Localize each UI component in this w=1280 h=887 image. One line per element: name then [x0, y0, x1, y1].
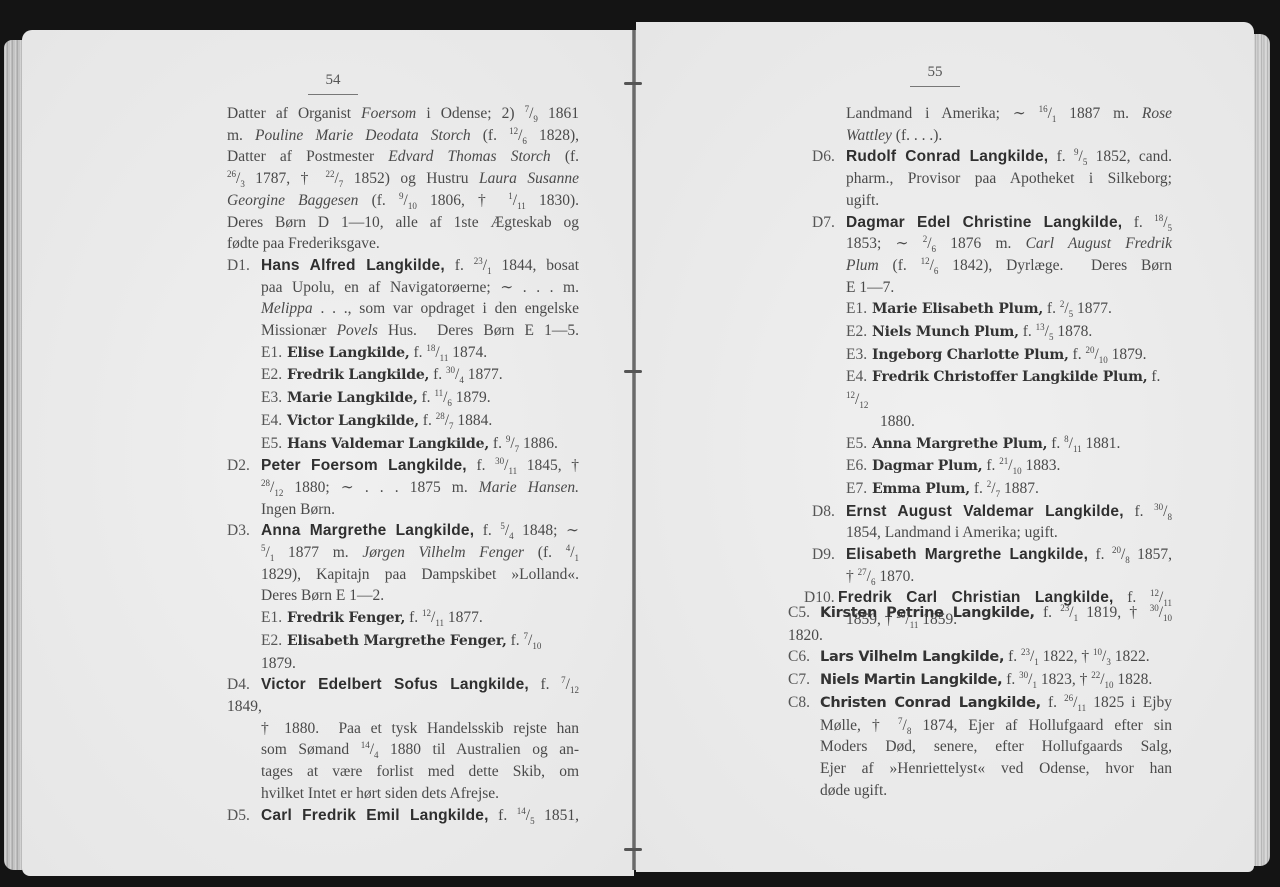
- person-name: Fredrik Fenger,: [287, 610, 405, 626]
- person-name: Elisabeth Margrethe Langkilde,: [846, 546, 1088, 563]
- text-line: 1854, Landmand i Amerika; ugift.: [846, 522, 1172, 544]
- text-line: Wattley (f. . . .).: [846, 125, 1172, 147]
- entry-label: D9.: [812, 544, 846, 566]
- text-line: fødte paa Frederiksgave.: [227, 233, 579, 255]
- text-line: Moders Død, senere, efter Hollufgaards S…: [820, 736, 1172, 758]
- person-name: Dagmar Edel Christine Langkilde,: [846, 214, 1122, 231]
- person-name: Lars Vilhelm Langkilde,: [820, 649, 1004, 665]
- child-entry: E2.Fredrik Langkilde, f. 30/4 1877.: [261, 364, 579, 387]
- person-name: Dagmar Plum,: [872, 458, 982, 474]
- person-name: Rudolf Conrad Langkilde,: [846, 148, 1048, 165]
- person-name: Victor Langkilde,: [287, 413, 419, 429]
- child-entry: E4.Fredrik Christoffer Langkilde Plum, f…: [846, 366, 1172, 410]
- text-line: Mølle, † 7/8 1874, Ejer af Hollufgaard e…: [820, 715, 1172, 737]
- text-line: m. Pouline Marie Deodata Storch (f. 12/6…: [227, 125, 579, 147]
- c-entries-column: C5.Kirsten Petrine Langkilde, f. 23/1 18…: [788, 602, 1172, 801]
- c-entry: C7.Niels Martin Langkilde, f. 30/1 1823,…: [788, 669, 1172, 692]
- entry-d6: D6.Rudolf Conrad Langkilde, f. 9/5 1852,…: [812, 146, 1172, 211]
- entry-d7: D7.Dagmar Edel Christine Langkilde, f. 1…: [812, 212, 1172, 501]
- entry-heading: D5.Carl Fredrik Emil Langkilde, f. 14/5 …: [227, 805, 579, 827]
- book-gutter: [632, 30, 636, 870]
- entry-label: D3.: [227, 520, 261, 542]
- text-line: 28/12 1880; ∼ . . . 1875 m. Marie Hansen…: [261, 477, 579, 499]
- entry-d3: D3.Anna Margrethe Langkilde, f. 5/4 1848…: [227, 520, 579, 674]
- text-line: Georgine Baggesen (f. 9/10 1806, † 1/11 …: [227, 190, 579, 212]
- text-line: hvilket Intet er hørt siden dets Afrejse…: [261, 783, 579, 805]
- text-line: som Sømand 14/4 1880 til Australien og a…: [261, 739, 579, 761]
- entry-heading: D3.Anna Margrethe Langkilde, f. 5/4 1848…: [227, 520, 579, 542]
- c-entry: C6.Lars Vilhelm Langkilde, f. 23/1 1822,…: [788, 646, 1172, 669]
- child-entry: E7.Emma Plum, f. 2/7 1887.: [846, 478, 1172, 501]
- person-name: Marie Elisabeth Plum,: [872, 301, 1043, 317]
- person-name: Kirsten Petrine Langkilde,: [820, 605, 1035, 621]
- person-name: Anna Margrethe Plum,: [872, 436, 1047, 452]
- entry-d5: D5.Carl Fredrik Emil Langkilde, f. 14/5 …: [227, 805, 579, 827]
- text-line: døde ugift.: [820, 780, 1172, 802]
- page-number-text: 54: [326, 72, 341, 88]
- text-line: 1880.: [880, 411, 1172, 433]
- entry-heading: D6.Rudolf Conrad Langkilde, f. 9/5 1852,…: [812, 146, 1172, 168]
- entry-d1: D1.Hans Alfred Langkilde, f. 23/1 1844, …: [227, 255, 579, 455]
- entry-label: D6.: [812, 146, 846, 168]
- text-line: paa Upolu, en af Navigatorøerne; ∼ . . .…: [261, 277, 579, 299]
- child-entry: E5.Anna Margrethe Plum, f. 8/11 1881.: [846, 433, 1172, 456]
- binding-stitch: [624, 848, 642, 851]
- text-line: Missionær Povels Hus. Deres Børn E 1—5.: [261, 320, 579, 342]
- entry-label: D8.: [812, 501, 846, 523]
- entry-heading: D1.Hans Alfred Langkilde, f. 23/1 1844, …: [227, 255, 579, 277]
- page-number-right: 55: [910, 64, 960, 87]
- child-entry: E2.Niels Munch Plum, f. 13/5 1878.: [846, 321, 1172, 344]
- entry-d4: D4.Victor Edelbert Sofus Langkilde, f. 7…: [227, 674, 579, 804]
- person-name: Elise Langkilde,: [287, 345, 410, 361]
- entry-label: C8.: [788, 692, 820, 714]
- entry-d9: D9.Elisabeth Margrethe Langkilde, f. 20/…: [812, 544, 1172, 587]
- open-book: 54 Datter af Organist Foersom i Odense; …: [0, 0, 1280, 887]
- child-entry: E3.Marie Langkilde, f. 11/6 1879.: [261, 387, 579, 410]
- text-line: Melippa . . ., som var opdraget i den en…: [261, 298, 579, 320]
- text-line: 5/1 1877 m. Jørgen Vilhelm Fenger (f. 4/…: [261, 542, 579, 564]
- text-line: Ingen Børn.: [261, 499, 579, 521]
- text-line: ugift.: [846, 190, 1172, 212]
- text-line: Deres Børn E 1—2.: [261, 585, 579, 607]
- left-text-column: Datter af Organist Foersom i Odense; 2) …: [227, 103, 579, 826]
- person-name: Emma Plum,: [872, 481, 970, 497]
- person-name: Ingeborg Charlotte Plum,: [872, 347, 1069, 363]
- person-name: Fredrik Langkilde,: [287, 367, 429, 383]
- text-line: Datter af Organist Foersom i Odense; 2) …: [227, 103, 579, 125]
- text-line: Ejer af »Henriettelyst« ved Odense, hvor…: [820, 758, 1172, 780]
- text-line: † 1880. Paa et tysk Handelsskib rejste h…: [261, 718, 579, 740]
- person-name: Anna Margrethe Langkilde,: [261, 522, 474, 539]
- text-line: E 1—7.: [846, 277, 1172, 299]
- child-entry: E2.Elisabeth Margrethe Fenger, f. 7/10 1…: [261, 630, 579, 674]
- person-name: Fredrik Christoffer Langkilde Plum,: [872, 369, 1147, 385]
- continued-text: Landmand i Amerika; ∼ 16/1 1887 m. Rose …: [846, 103, 1172, 146]
- entry-label: C7.: [788, 669, 820, 691]
- person-name: Hans Alfred Langkilde,: [261, 257, 445, 274]
- page-number-rule: [308, 94, 358, 95]
- c-entry: C5.Kirsten Petrine Langkilde, f. 23/1 18…: [788, 602, 1172, 646]
- text-line: Landmand i Amerika; ∼ 16/1 1887 m. Rose: [846, 103, 1172, 125]
- entry-heading: D9.Elisabeth Margrethe Langkilde, f. 20/…: [812, 544, 1172, 566]
- child-entry: E1.Elise Langkilde, f. 18/11 1874.: [261, 342, 579, 365]
- entry-heading: D7.Dagmar Edel Christine Langkilde, f. 1…: [812, 212, 1172, 234]
- person-name: Elisabeth Margrethe Fenger,: [287, 633, 507, 649]
- entry-label: D1.: [227, 255, 261, 277]
- entry-heading: D2.Peter Foersom Langkilde, f. 30/11 184…: [227, 455, 579, 477]
- person-name: Victor Edelbert Sofus Langkilde,: [261, 676, 529, 693]
- binding-stitch: [624, 82, 642, 85]
- person-name: Peter Foersom Langkilde,: [261, 457, 467, 474]
- text-line: Plum (f. 12/6 1842), Dyrlæge. Deres Børn: [846, 255, 1172, 277]
- person-name: Christen Conrad Langkilde,: [820, 695, 1041, 711]
- text-line: † 27/6 1870.: [846, 566, 1172, 588]
- person-name: Ernst August Valdemar Langkilde,: [846, 503, 1124, 520]
- entry-heading: D8.Ernst August Valdemar Langkilde, f. 3…: [812, 501, 1172, 523]
- entry-heading: D4.Victor Edelbert Sofus Langkilde, f. 7…: [227, 674, 579, 717]
- person-name: Carl Fredrik Emil Langkilde,: [261, 807, 489, 824]
- page-number-left: 54: [308, 72, 358, 95]
- child-entry: E6.Dagmar Plum, f. 21/10 1883.: [846, 455, 1172, 478]
- binding-stitch: [624, 370, 642, 373]
- entry-label: D2.: [227, 455, 261, 477]
- person-name: Marie Langkilde,: [287, 390, 418, 406]
- child-entry: E4.Victor Langkilde, f. 28/7 1884.: [261, 410, 579, 433]
- person-name: Niels Munch Plum,: [872, 324, 1019, 340]
- entry-label: D4.: [227, 674, 261, 696]
- person-name: Hans Valdemar Langkilde,: [287, 436, 489, 452]
- child-entry: E5.Hans Valdemar Langkilde, f. 9/7 1886.: [261, 433, 579, 456]
- entry-d8: D8.Ernst August Valdemar Langkilde, f. 3…: [812, 501, 1172, 544]
- page-number-rule: [910, 86, 960, 87]
- text-line: 1853; ∼ 2/6 1876 m. Carl August Fredrik: [846, 233, 1172, 255]
- child-entry: E1.Fredrik Fenger, f. 12/11 1877.: [261, 607, 579, 630]
- person-name: Niels Martin Langkilde,: [820, 672, 1002, 688]
- text-line: Deres Børn D 1—10, alle af 1ste Ægteskab…: [227, 212, 579, 234]
- text-line: 1829), Kapitajn paa Dampskibet »Lolland«…: [261, 564, 579, 586]
- text-line: Datter af Postmester Edvard Thomas Storc…: [227, 146, 579, 168]
- child-entry: E3.Ingeborg Charlotte Plum, f. 20/10 187…: [846, 344, 1172, 367]
- entry-label: C6.: [788, 646, 820, 668]
- text-line: pharm., Provisor paa Apotheket i Silkebo…: [846, 168, 1172, 190]
- page-number-text: 55: [928, 64, 943, 80]
- right-text-column: Landmand i Amerika; ∼ 16/1 1887 m. Rose …: [812, 103, 1172, 631]
- entry-label: C5.: [788, 602, 820, 624]
- entry-d2: D2.Peter Foersom Langkilde, f. 30/11 184…: [227, 455, 579, 520]
- child-entry: E1.Marie Elisabeth Plum, f. 2/5 1877.: [846, 298, 1172, 321]
- c-entry: C8.Christen Conrad Langkilde, f. 26/11 1…: [788, 692, 1172, 715]
- entry-label: D7.: [812, 212, 846, 234]
- text-line: tages at være forlist med dette Skib, om: [261, 761, 579, 783]
- text-line: 26/3 1787, † 22/7 1852) og Hustru Laura …: [227, 168, 579, 190]
- entry-label: D5.: [227, 805, 261, 827]
